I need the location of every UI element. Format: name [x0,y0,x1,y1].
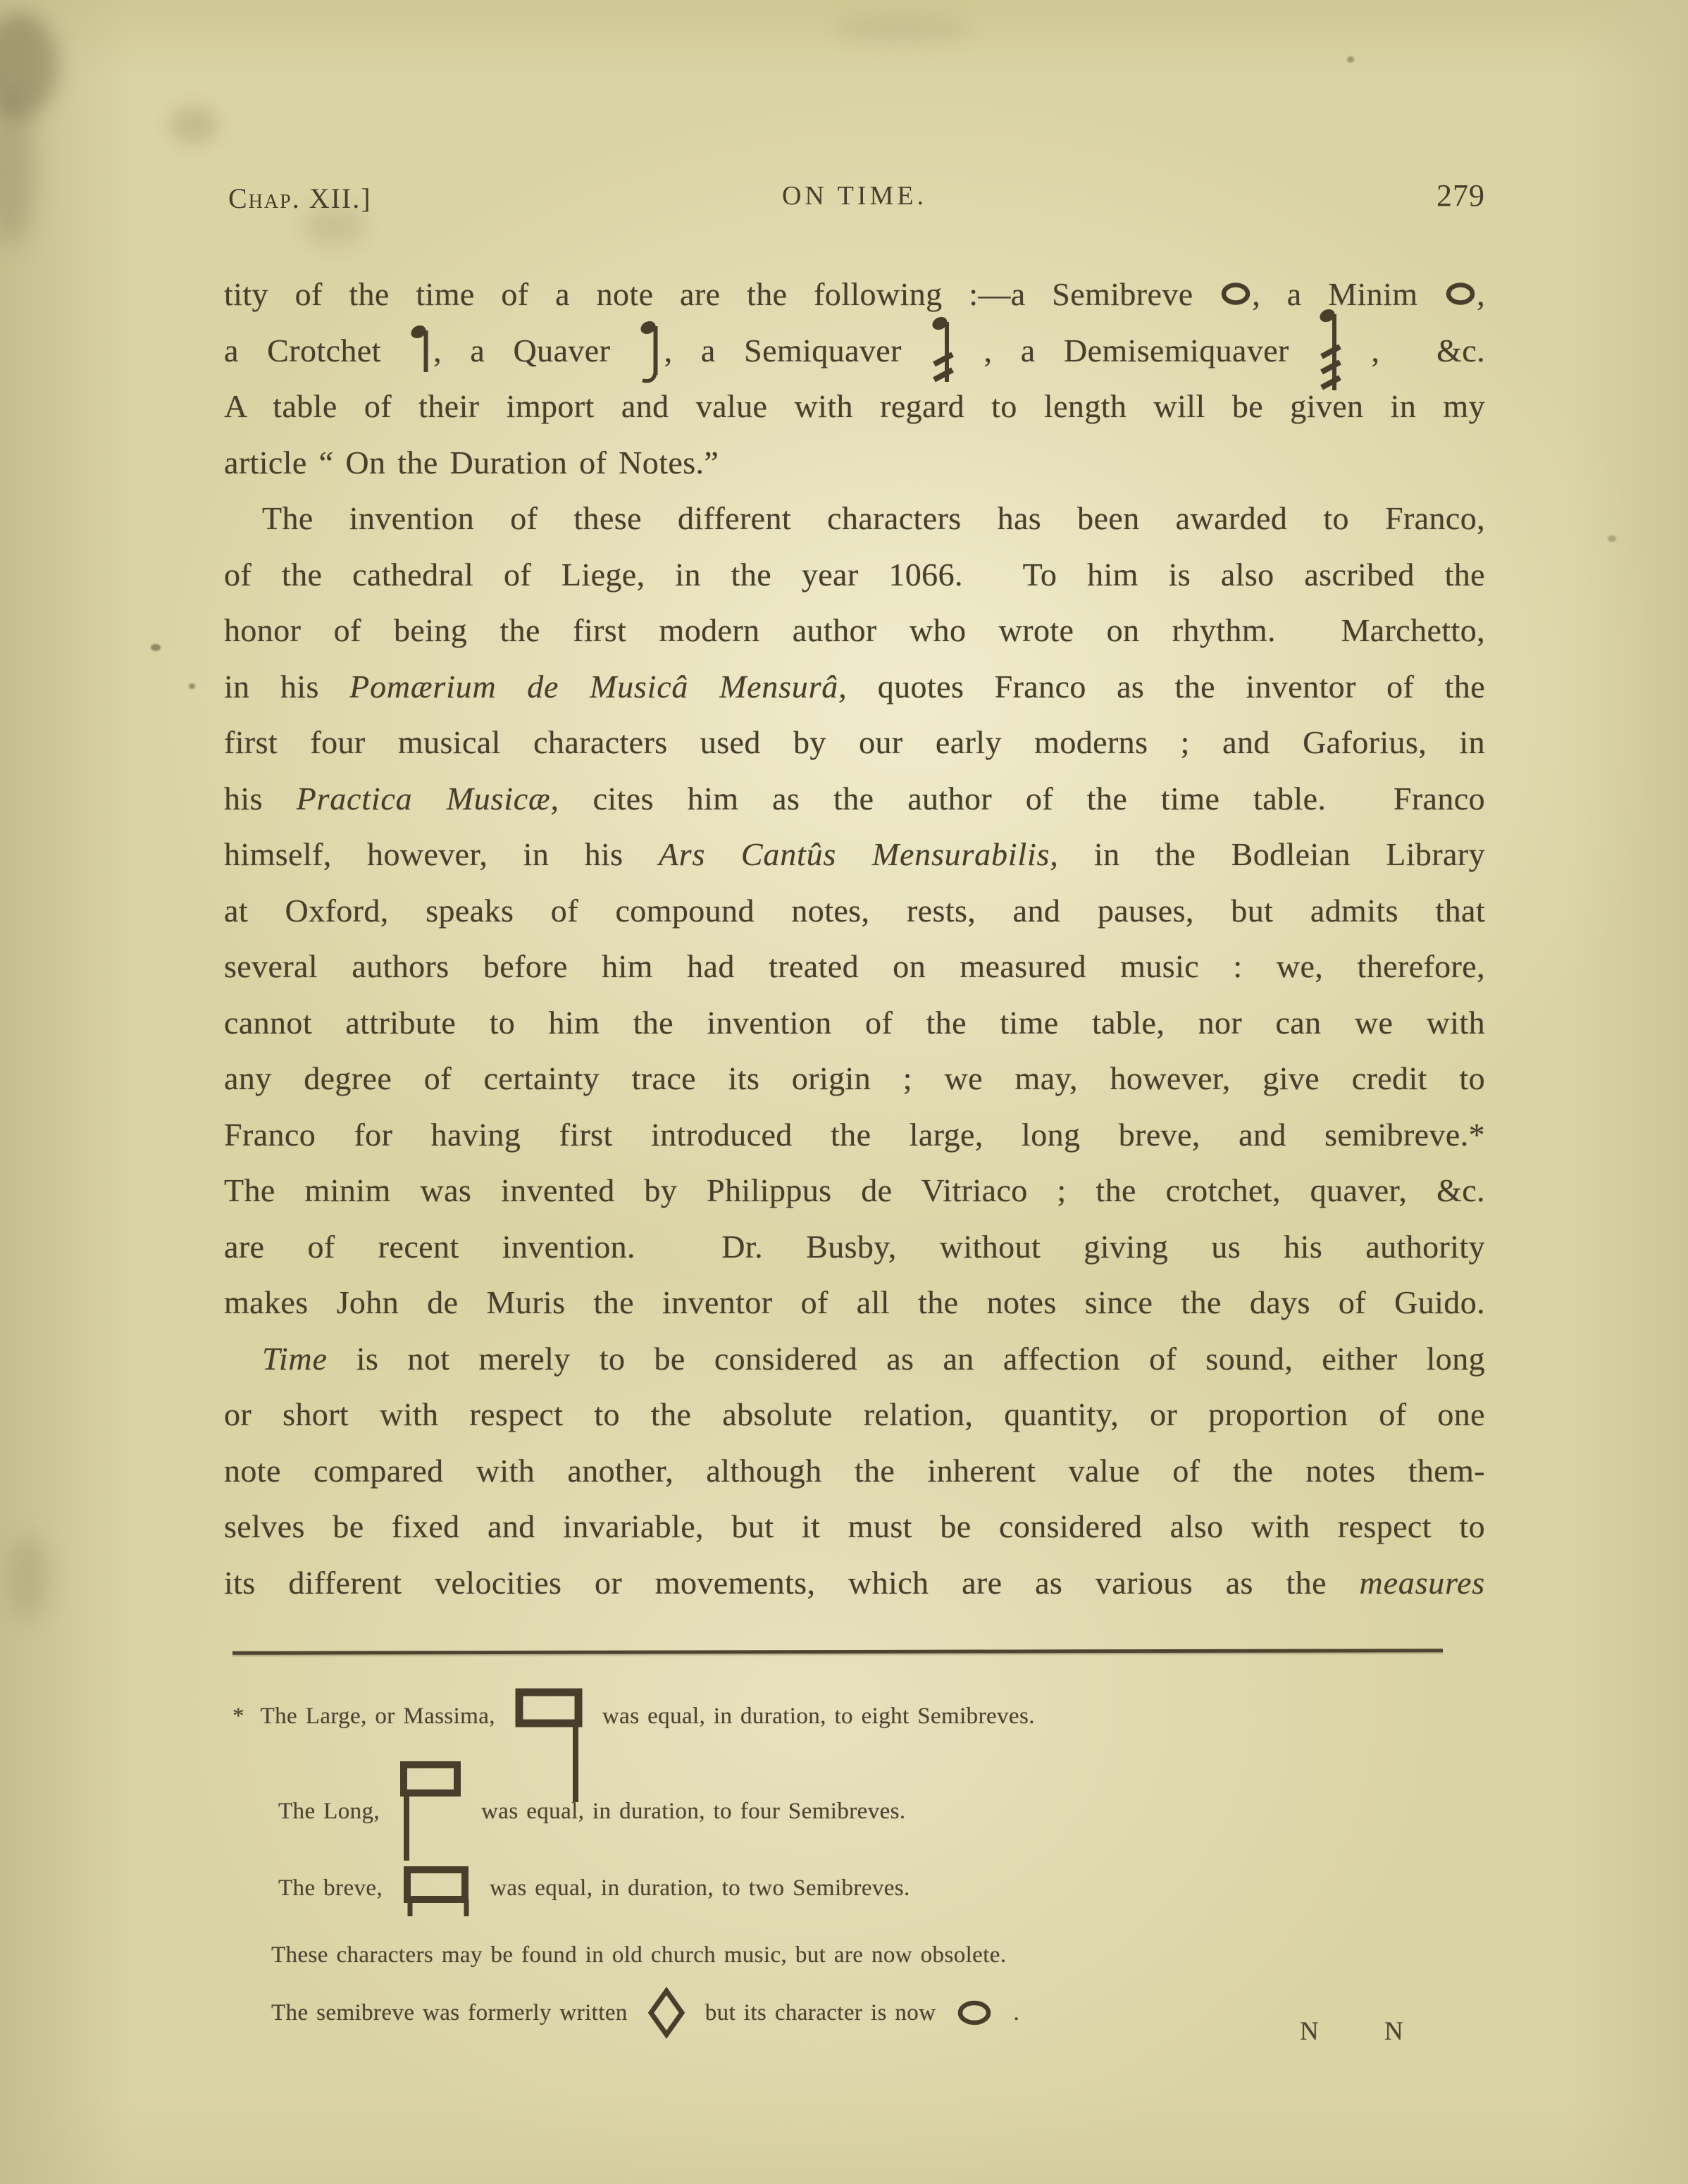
paper-speck [151,644,161,651]
text-line: several authors before him had treated o… [224,938,1485,995]
text-run: at Oxford, speaks of compound notes, res… [224,893,1485,929]
text-run: The invention of these different charact… [262,500,1485,536]
text-line: a Crotchet , a Quaver , a Semiquaver , a… [224,323,1485,379]
text-run: A table of their import and value with r… [224,388,1485,424]
text-line: of the cathedral of Liege, in the year 1… [224,547,1485,603]
text-run: * The Large, or Massima, [232,1704,495,1730]
text-run: are of recent invention. Dr. Busby, with… [224,1229,1485,1265]
text-run: The minim was invented by Philippus de V… [224,1172,1485,1208]
text-line: The minim was invented by Philippus de V… [224,1162,1485,1219]
text-line: its different velocities or movements, w… [224,1555,1485,1611]
text-line: cannot attribute to him the invention of… [224,995,1485,1051]
text-run: or short with respect to the absolute re… [224,1396,1485,1432]
text-run: was equal, in duration, to two Semibreve… [490,1875,910,1901]
text-run: several authors before him had treated o… [224,948,1485,984]
scanned-book-page: { "theme": { "paper": "#dad3a4", "ink": … [0,0,1688,2184]
text-line: at Oxford, speaks of compound notes, res… [224,883,1485,939]
modern-semibreve-glyph [955,1999,993,2027]
demisemiquaver-glyph [1317,323,1343,379]
text-line: The Long,was equal, in duration, to four… [278,1789,906,1833]
page-header: Chap. XII.] ON TIME. 279 [224,178,1485,217]
text-run: its different velocities or movements, w… [224,1565,1360,1601]
minim-glyph [1444,266,1477,323]
text-line: or short with respect to the absolute re… [224,1386,1485,1443]
text-run: in his [224,669,349,705]
old-semibreve-glyph [647,1987,685,2038]
text-run: Franco for having first introduced the l… [224,1117,1485,1153]
paper-stain [7,1536,49,1620]
text-line: are of recent invention. Dr. Busby, with… [224,1219,1485,1275]
text-line: tity of the time of a note are the follo… [224,266,1485,323]
text-run: in the Bodleian Library [1059,836,1485,872]
italic-text: Time [262,1341,328,1377]
italic-text: Pomærium de Musicâ Mensurâ, [349,669,847,705]
text-run: , a Quaver [433,333,639,368]
signature-mark: N N [1300,2016,1433,2047]
text-run: tity of the time of a note are the follo… [224,276,1220,312]
text-run: The semibreve was formerly written [271,2000,628,2026]
text-line: makes John de Muris the inventor of all … [224,1274,1485,1331]
breve-glyph [402,1866,470,1911]
text-run: is not merely to be considered as an aff… [328,1341,1485,1377]
body-text: tity of the time of a note are the follo… [224,266,1485,1611]
text-line: The semibreve was formerly writtenbut it… [271,1985,1019,2040]
text-line: in his Pomærium de Musicâ Mensurâ, quote… [224,659,1485,715]
text-run: . [1013,2000,1019,2026]
text-line: any degree of certainty trace its origin… [224,1050,1485,1107]
massima-glyph [515,1694,583,1739]
text-run: himself, however, in his [224,836,659,872]
text-run: selves be fixed and invariable, but it m… [224,1508,1485,1544]
crotchet-glyph [409,323,433,379]
text-line: selves be fixed and invariable, but it m… [224,1499,1485,1555]
text-line: These characters may be found in old chu… [271,1939,1006,1971]
text-run: a Crotchet [224,333,409,368]
italic-text: Practica Musicæ, [297,781,559,817]
paper-speck [1608,535,1616,542]
text-run: was equal, in duration, to eight Semibre… [602,1704,1035,1730]
text-line: honor of being the first modern author w… [224,602,1485,659]
text-run: makes John de Muris the inventor of all … [224,1284,1485,1320]
text-line: his Practica Musicæ, cites him as the au… [224,771,1485,827]
text-line: A table of their import and value with r… [224,378,1485,435]
text-run: , &c. [1343,333,1485,368]
paper-stain [0,92,35,247]
text-run: of the cathedral of Liege, in the year 1… [224,557,1485,592]
quaver-glyph [639,323,664,379]
text-run: These characters may be found in old chu… [271,1942,1006,1968]
text-run: , a Demisemiquaver [955,333,1317,368]
chapter-label: Chap. XII.] [228,182,372,215]
longa-glyph [399,1790,461,1833]
running-title: ON TIME. [782,180,927,211]
text-run: The breve, [278,1875,383,1901]
text-run: article “ On the Duration of Notes.” [224,445,719,480]
text-run: his [224,781,297,817]
text-run: note compared with another, although the… [224,1453,1485,1489]
italic-text: Ars Cantûs Mensurabilis, [659,836,1059,872]
paper-stain [0,13,58,118]
text-line: Time is not merely to be considered as a… [224,1331,1485,1387]
text-run: first four musical characters used by ou… [224,724,1485,760]
text-line: Franco for having first introduced the l… [224,1107,1485,1163]
text-line: article “ On the Duration of Notes.” [224,435,1485,491]
paper-stain [169,106,218,144]
text-line: The breve,was equal, in duration, to two… [278,1863,910,1913]
text-run: , [1477,276,1485,312]
text-run: cites him as the author of the time tabl… [559,781,1485,817]
italic-text: measures [1360,1565,1485,1601]
footnote-divider [232,1649,1443,1655]
paper-speck [1347,56,1354,63]
text-run: , a Minim [1252,276,1444,312]
text-run: was equal, in duration, to four Semibrev… [481,1799,905,1825]
page-number: 279 [1436,178,1485,213]
semibreve-glyph [1220,266,1252,323]
text-run: any degree of certainty trace its origin… [224,1060,1485,1096]
text-run: honor of being the first modern author w… [224,612,1485,648]
text-run: , a Semiquaver [664,333,931,368]
text-line: first four musical characters used by ou… [224,714,1485,771]
text-run: cannot attribute to him the invention of… [224,1005,1485,1041]
text-run: quotes Franco as the inventor of the [847,669,1485,705]
semiquaver-glyph [930,323,955,379]
text-line: note compared with another, although the… [224,1443,1485,1499]
text-run: but its character is now [705,2000,936,2026]
text-run: The Long, [278,1799,380,1825]
text-line: * The Large, or Massima,was equal, in du… [232,1694,1035,1738]
paper-speck [189,683,195,689]
text-line: himself, however, in his Ars Cantûs Mens… [224,826,1485,883]
paper-stain [831,14,972,42]
text-line: The invention of these different charact… [224,490,1485,547]
